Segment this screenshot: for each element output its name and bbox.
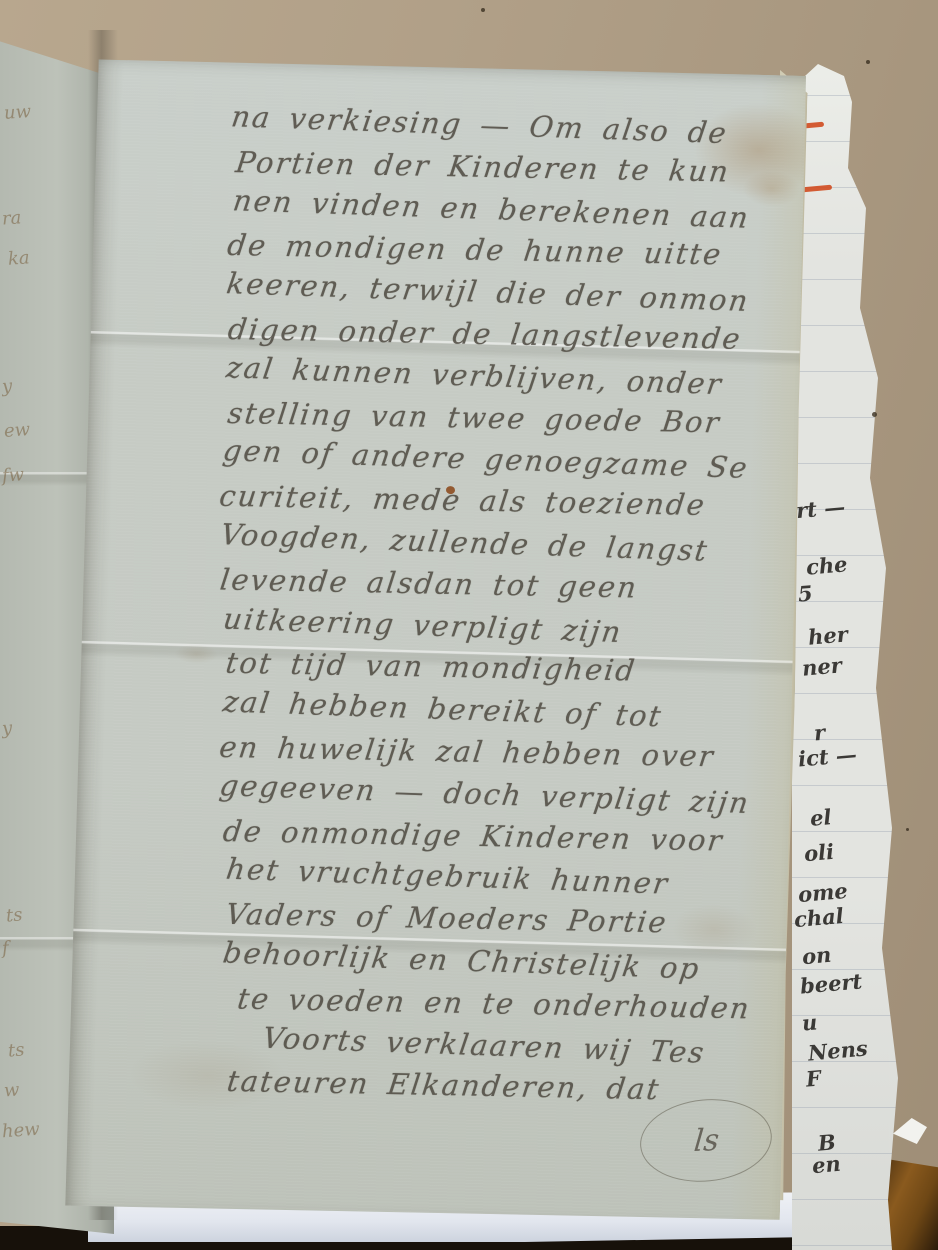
manuscript-line: nen vinden en berekenen aan	[231, 186, 752, 232]
left-page-text-fragment: ra	[1, 209, 22, 228]
right-strip-text-fragment: r	[813, 722, 826, 744]
manuscript-line: na verkiesing — Om also de	[230, 102, 730, 148]
foxing-stain	[174, 643, 219, 664]
right-strip-text-fragment: en	[811, 1153, 841, 1176]
left-page-text-fragment: ew	[3, 421, 30, 441]
catchword-circle: ls	[636, 1093, 775, 1187]
manuscript-line: stelling van twee goede Bor	[226, 399, 722, 437]
right-strip-text-fragment: che	[805, 553, 848, 578]
right-strip-text-fragment: oli	[803, 841, 835, 865]
right-strip-text-fragment: F	[805, 1067, 822, 1089]
manuscript-line: de onmondige Kinderen voor	[221, 817, 725, 856]
right-strip-text-fragment: ner	[801, 654, 842, 678]
left-page-text-fragment: uw	[3, 103, 31, 123]
left-page-text-fragment: y	[1, 720, 12, 739]
right-strip-text-fragment: 5	[797, 582, 813, 604]
manuscript-line: Portien der Kinderen te kun	[234, 148, 732, 186]
left-page-text-fragment: ts	[7, 1041, 25, 1060]
manuscript-line: de mondigen de hunne uitte	[226, 231, 724, 269]
manuscript-line: Vaders of Moeders Portie	[224, 900, 669, 937]
manuscript-line: keeren, terwijl die der onmon	[224, 269, 751, 316]
cardboard-speck	[872, 412, 877, 417]
catchword-text: ls	[692, 1122, 720, 1158]
manuscript-line: te voeden en te onderhouden	[236, 984, 753, 1023]
manuscript-line: gen of andere genoegzame Se	[221, 437, 750, 484]
manuscript-line: Voogden, zullende de langst	[218, 520, 710, 566]
cardboard-speck	[906, 828, 909, 831]
right-strip-text-fragment: her	[807, 623, 848, 647]
manuscript-line: curiteit, mede als toeziende	[218, 482, 708, 520]
manuscript-line: levende alsdan tot geen	[218, 565, 639, 602]
manuscript-line: Voorts verklaaren wij Tes	[261, 1023, 708, 1067]
manuscript-page: na verkiesing — Om also dePortien der Ki…	[64, 56, 812, 1226]
left-page-text-fragment: fw	[1, 466, 24, 485]
left-page-text-fragment: ka	[7, 249, 30, 268]
right-strip-text-fragment: on	[801, 944, 832, 967]
left-page-text-fragment: w	[3, 1081, 20, 1100]
right-strip-text-fragment: beert	[799, 970, 863, 996]
right-strip-text-fragment: ome	[797, 880, 848, 905]
left-page-text-fragment: ts	[5, 906, 23, 925]
left-page-text-fragment: hew	[1, 1121, 40, 1142]
cardboard-speck	[866, 60, 870, 64]
manuscript-line: tateuren Elkanderen, dat	[226, 1067, 663, 1104]
manuscript-line: gegeeven — doch verpligt zijn	[218, 771, 752, 818]
manuscript-line: zal hebben bereikt of tot	[221, 688, 664, 732]
right-strip-text-fragment: el	[809, 806, 832, 829]
red-pencil-mark	[802, 185, 832, 193]
manuscript-line: en huwelijk zal hebben over	[218, 733, 717, 771]
right-strip-text-fragment: ict —	[797, 743, 857, 769]
manuscript-line: tot tijd van mondigheid	[224, 649, 638, 686]
left-page-text-fragment: f	[1, 940, 9, 958]
manuscript-line: het vruchtgebruik hunner	[224, 855, 670, 899]
right-strip-text-fragment: chal	[793, 905, 844, 930]
right-strip-text-fragment: Nens	[807, 1037, 868, 1063]
right-strip-text-fragment: rt —	[795, 496, 846, 521]
left-page-text-fragment: y	[1, 378, 12, 397]
cardboard-speck	[481, 8, 485, 12]
right-strip-text-fragment: u	[801, 1011, 818, 1033]
manuscript-line: uitkeering verpligt zijn	[221, 604, 624, 646]
